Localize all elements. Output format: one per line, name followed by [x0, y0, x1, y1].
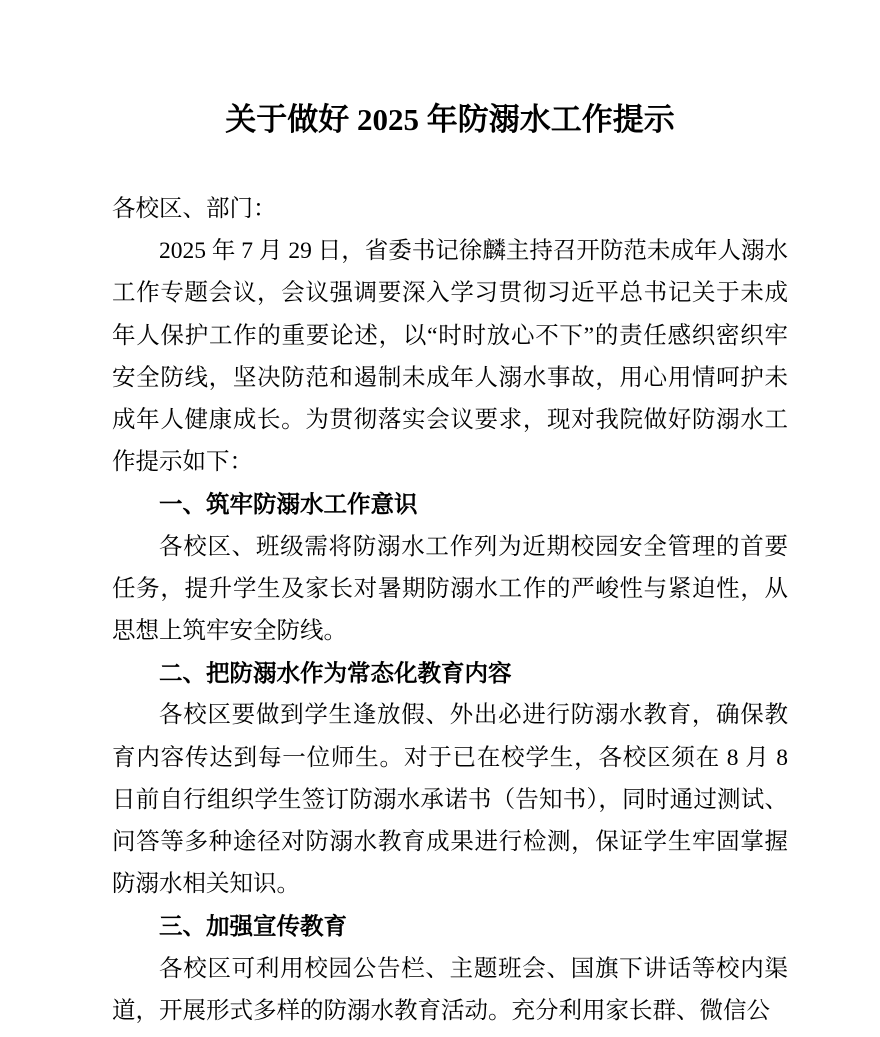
section-heading: 三、加强宣传教育: [112, 905, 788, 947]
salutation: 各校区、部门：: [112, 188, 788, 230]
document-content: 关于做好 2025 年防溺水工作提示 各校区、部门： 2025 年 7 月 29…: [112, 0, 788, 1032]
body-paragraph: 各校区、班级需将防溺水工作列为近期校园安全管理的首要任务，提升学生及家长对暑期防…: [112, 526, 788, 653]
body-paragraph: 2025 年 7 月 29 日，省委书记徐麟主持召开防范未成年人溺水工作专题会议…: [112, 230, 788, 483]
section-heading: 一、筑牢防溺水工作意识: [112, 483, 788, 525]
document-paragraphs: 2025 年 7 月 29 日，省委书记徐麟主持召开防范未成年人溺水工作专题会议…: [112, 230, 788, 1032]
document-page: 关于做好 2025 年防溺水工作提示 各校区、部门： 2025 年 7 月 29…: [0, 0, 880, 1037]
body-paragraph: 各校区要做到学生逢放假、外出必进行防溺水教育，确保教育内容传达到每一位师生。对于…: [112, 694, 788, 905]
section-heading: 二、把防溺水作为常态化教育内容: [112, 652, 788, 694]
document-body: 各校区、部门： 2025 年 7 月 29 日，省委书记徐麟主持召开防范未成年人…: [112, 188, 788, 1032]
body-paragraph: 各校区可利用校园公告栏、主题班会、国旗下讲话等校内渠道，开展形式多样的防溺水教育…: [112, 948, 788, 1032]
document-title: 关于做好 2025 年防溺水工作提示: [112, 99, 788, 141]
